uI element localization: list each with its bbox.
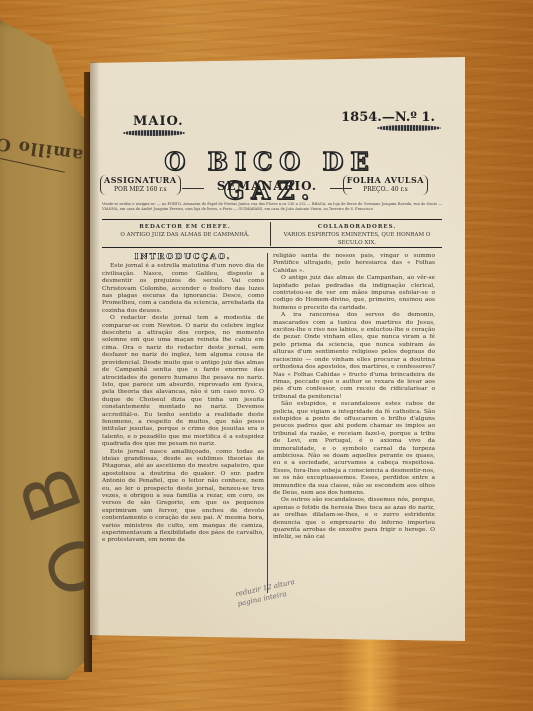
masthead-rule <box>102 219 442 220</box>
single-issue-label: FOLHA AVULSA <box>347 175 424 185</box>
article-column-left: INTRODUCÇÃO. Este jornal é a estrella ma… <box>102 253 264 593</box>
paragraph: São estupidos, e escandalosos estes cabo… <box>273 401 435 497</box>
masthead-top: MAIO. 1854.—N.º 1. <box>123 114 453 144</box>
subscription-box: ASSIGNATURA POR MEZ 160 r.s <box>100 175 181 195</box>
ornament-left-icon <box>123 130 185 136</box>
editors-divider <box>270 222 271 246</box>
section-title: INTRODUCÇÃO. <box>102 253 264 260</box>
column-divider <box>267 253 268 593</box>
subscription-price: POR MEZ 160 r.s <box>104 185 177 195</box>
collaborators-heading: COLLABORADORES. <box>274 223 440 231</box>
paragraph: religião santa de nossos pais, vingar o … <box>273 253 435 275</box>
paragraph: O redactor deste jornal tem a modestia d… <box>102 315 264 448</box>
subscription-label: ASSIGNATURA <box>104 175 177 185</box>
editor-heading: REDACTOR EM CHEFE. <box>102 223 268 231</box>
paragraph: O antigo juiz das almas de Campanhan, ao… <box>273 275 435 312</box>
paragraph: A ira rancorosa dos servos do demonio, m… <box>273 312 435 401</box>
editor-name: O ANTIGO JUIZ DAS ALMAS DE CAMPANHÃ. <box>102 231 268 239</box>
newspaper-page: MAIO. 1854.—N.º 1. O BICO DE GAZ. ASSIGN… <box>90 57 465 641</box>
article-column-right: religião santa de nossos pais, vingar o … <box>273 253 435 593</box>
paragraph: Este jornal é a estrella matutina d'um n… <box>102 263 264 315</box>
issue-number: 1854.—N.º 1. <box>341 110 435 125</box>
single-issue-price: PREÇO.. 40 r.s <box>347 185 424 195</box>
paragraph: Os outros são escandalosos, dissemos nós… <box>273 497 435 541</box>
editors-row: REDACTOR EM CHEFE. O ANTIGO JUIZ DAS ALM… <box>102 222 442 244</box>
issue-month: MAIO. <box>133 114 184 129</box>
ornament-right-icon <box>377 125 441 131</box>
collaborators-block: COLLABORADORES. VARIOS ESPIRITOS EMINENT… <box>274 223 440 247</box>
frequency-label: SEMANARIO. <box>192 179 342 193</box>
single-issue-box: FOLHA AVULSA PREÇO.. 40 r.s <box>343 175 428 195</box>
subscription-row: ASSIGNATURA POR MEZ 160 r.s SEMANARIO. F… <box>96 175 442 203</box>
editors-rule <box>102 247 442 248</box>
page-fold-shadow <box>90 62 100 640</box>
paragraph: Este jornal nasce amalhiçoado, como toda… <box>102 449 264 545</box>
book-cover: Camillo C O B <box>0 20 92 680</box>
sales-points-text: Vende-se avulso e assigna-se: — no PORTO… <box>102 202 442 212</box>
editor-block: REDACTOR EM CHEFE. O ANTIGO JUIZ DAS ALM… <box>102 223 268 239</box>
collaborators-text: VARIOS ESPIRITOS EMINENTES, QUE HONRAM O… <box>274 231 440 247</box>
